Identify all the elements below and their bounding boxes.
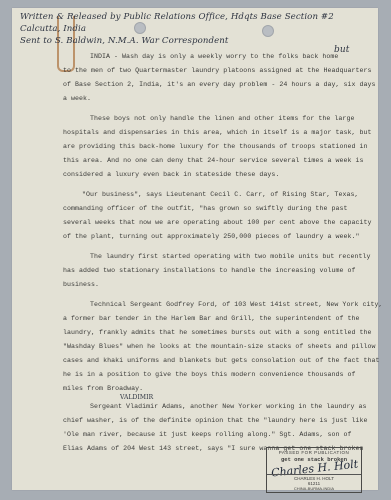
typed-line: a former bar tender in the Harlem Bar an… (63, 315, 360, 322)
typed-line: are providing this back-home luxury for … (63, 143, 368, 150)
typed-line: "Our business", says Lieutenant Cecil C.… (82, 191, 358, 198)
typed-line: considered a luxury even back in statesi… (63, 171, 279, 178)
handwritten-correction: VALDIMIR (120, 394, 153, 401)
typed-line: miles from Broadway. (63, 385, 143, 392)
typed-line: cases and khaki uniforms and blankets bu… (63, 357, 380, 364)
handwritten-header-line: Calcutta, India (20, 24, 86, 34)
censor-stamp: PASSED FOR PUBLICATION get one stack bro… (266, 447, 362, 493)
typed-line: of the plant, turning out approximately … (63, 233, 360, 240)
typed-line: hospitals and dispensaries in this area,… (63, 129, 372, 136)
typed-line: business. (63, 281, 99, 288)
typed-line: commanding officer of the outfit, "has g… (63, 205, 348, 212)
typed-line: Technical Sergeant Godfrey Ford, of 103 … (90, 301, 383, 308)
typed-line: Sergeant Vladimir Adams, another New Yor… (90, 403, 366, 410)
typed-line: INDIA - Wash day is only a weekly worry … (90, 53, 338, 60)
punch-hole (134, 22, 146, 34)
typed-line: The laundry first started operating with… (90, 253, 370, 260)
typed-line: "Washday Blues" when he looks at the mou… (63, 343, 376, 350)
typed-line: to the men of two Quartermaster laundry … (63, 67, 372, 74)
typed-line: a week. (63, 95, 91, 102)
typed-line: he is in a position to give the boys thi… (63, 371, 356, 378)
punch-hole (262, 25, 274, 37)
stamp-divider (267, 474, 361, 475)
typed-line: has added two stationary installations t… (63, 267, 356, 274)
typed-line: 'Ole man river, because it just keeps ro… (63, 431, 352, 438)
handwritten-header-line: Written & Released by Public Relations O… (20, 12, 334, 22)
typed-line: laundry, frankly admits that he sometime… (63, 329, 372, 336)
typed-line: of Base Section 2, India, it's an every … (63, 81, 376, 88)
typed-line: this area. And no one can deny that 24-h… (63, 157, 364, 164)
typed-line: These boys not only handle the linen and… (90, 115, 354, 122)
stamp-title: PASSED FOR PUBLICATION (267, 450, 361, 455)
stamp-unit: CHINA-BURMA-INDIA (267, 486, 361, 491)
document-page: Written & Released by Public Relations O… (12, 8, 378, 490)
typed-line: chief washer, is of the definite opinion… (63, 417, 368, 424)
typed-line: several weeks that now we are operating … (63, 219, 372, 226)
handwritten-header-line: Sent to S. Baldwin, N.M.A. War Correspon… (20, 36, 228, 46)
